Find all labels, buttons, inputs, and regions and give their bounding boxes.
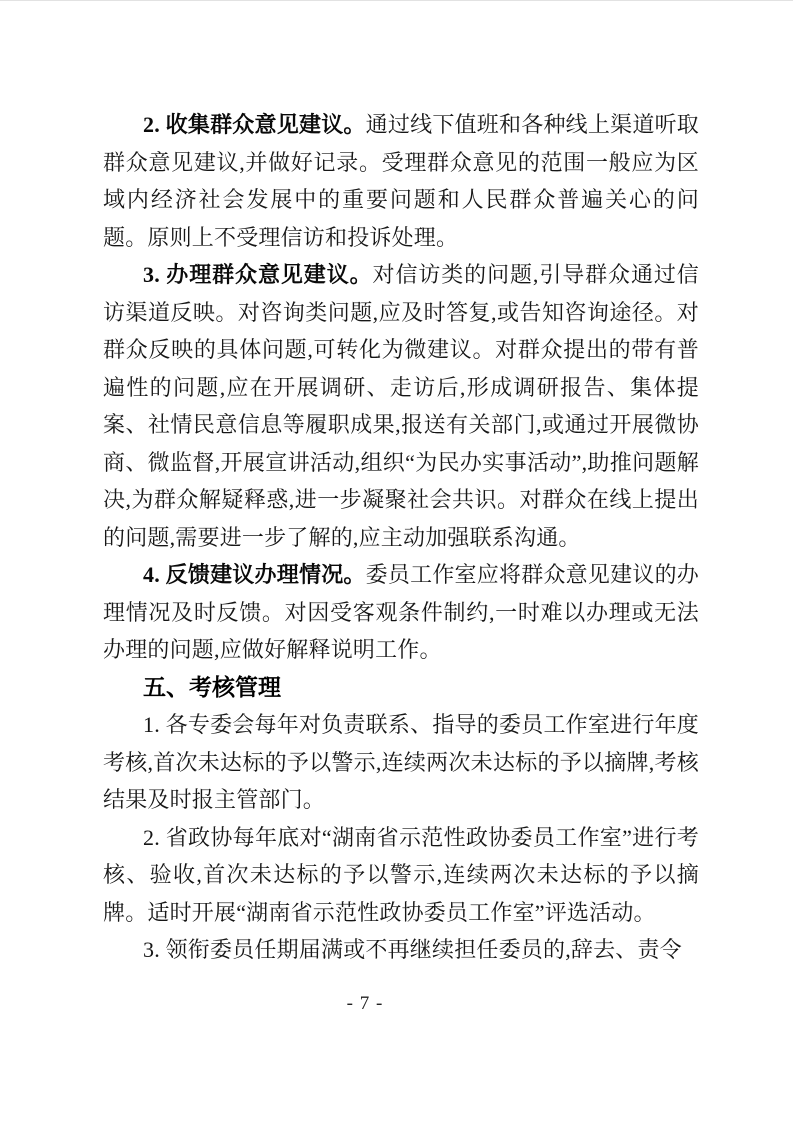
paragraph-handle-opinions-body: 对信访类的问题,引导群众通过信访渠道反映。对咨询类问题,应及时答复,或告知咨询途… [103,262,699,550]
item-term-expiry: 3. 领衔委员任期届满或不再继续担任委员的,辞去、责令 [103,931,699,969]
page-number: - 7 - [0,993,730,1015]
paragraph-handle-opinions-lead: 3. 办理群众意见建议。 [143,262,373,287]
section-heading-assessment-management: 五、考核管理 [103,669,699,707]
item-annual-assessment: 1. 各专委会每年对负责联系、指导的委员工作室进行年度考核,首次未达标的予以警示… [103,706,699,819]
paragraph-feedback-status: 4. 反馈建议办理情况。委员工作室应将群众意见建议的办理情况及时反馈。对因受客观… [103,556,699,669]
paragraph-feedback-status-lead: 4. 反馈建议办理情况。 [143,562,366,587]
document-content: 2. 收集群众意见建议。通过线下值班和各种线上渠道听取群众意见建议,并做好记录。… [103,106,699,969]
item-provincial-review: 2. 省政协每年底对“湖南省示范性政协委员工作室”进行考核、验收,首次未达标的予… [103,819,699,932]
paragraph-handle-opinions: 3. 办理群众意见建议。对信访类的问题,引导群众通过信访渠道反映。对咨询类问题,… [103,256,699,556]
scan-edge-line [0,0,793,1]
paragraph-collect-opinions: 2. 收集群众意见建议。通过线下值班和各种线上渠道听取群众意见建议,并做好记录。… [103,106,699,256]
paragraph-collect-opinions-lead: 2. 收集群众意见建议。 [143,112,366,137]
document-page: 2. 收集群众意见建议。通过线下值班和各种线上渠道听取群众意见建议,并做好记录。… [0,0,793,1122]
